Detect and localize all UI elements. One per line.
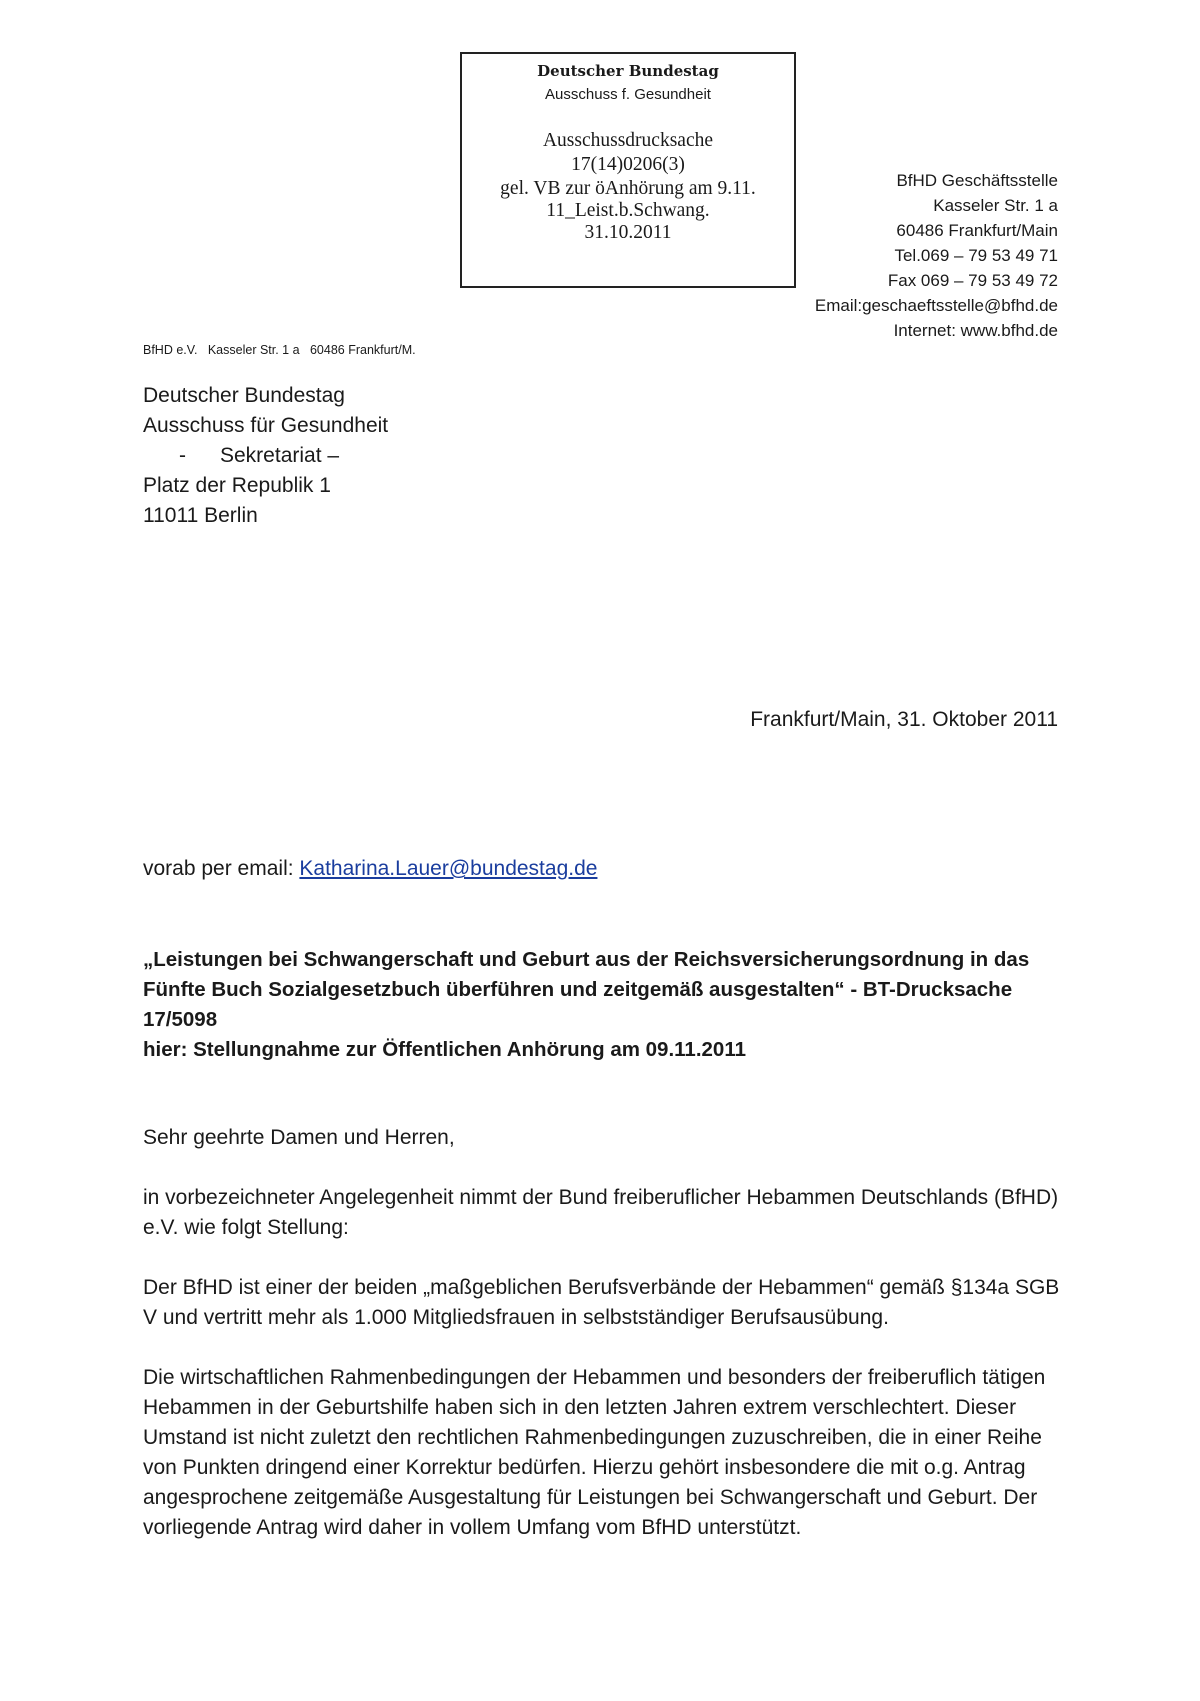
subject-line-4: hier: Stellungnahme zur Öffentlichen Anh… (143, 1035, 1063, 1065)
recipient-line-2: Ausschuss für Gesundheit (143, 411, 388, 441)
recipient-line-1: Deutscher Bundestag (143, 381, 388, 411)
stamp-department: Ausschuss f. Gesundheit (462, 86, 794, 103)
receipt-stamp: Deutscher Bundestag Ausschuss f. Gesundh… (460, 52, 796, 288)
paragraph-1: in vorbezeichneter Angelegenheit nimmt d… (143, 1183, 1073, 1243)
recipient-line-4: Platz der Republik 1 (143, 471, 388, 501)
sender-phone: Tel.069 – 79 53 49 71 (815, 243, 1058, 268)
sender-city: 60486 Frankfurt/Main (815, 218, 1058, 243)
recipient-line-3: -Sekretariat – (143, 441, 388, 471)
email-link[interactable]: Katharina.Lauer@bundestag.de (299, 857, 597, 880)
stamp-doc-type: Ausschussdrucksache (462, 129, 794, 153)
return-address: BfHD e.V. Kasseler Str. 1 a 60486 Frankf… (143, 343, 416, 357)
paragraph-2: Der BfHD ist einer der beiden „maßgeblic… (143, 1273, 1073, 1333)
recipient-line-5: 11011 Berlin (143, 501, 388, 531)
subject-line-2: Fünfte Buch Sozialgesetzbuch überführen … (143, 975, 1063, 1005)
sender-block: BfHD Geschäftsstelle Kasseler Str. 1 a 6… (815, 168, 1058, 343)
salutation: Sehr geehrte Damen und Herren, (143, 1123, 1073, 1153)
sender-street: Kasseler Str. 1 a (815, 193, 1058, 218)
sender-website: Internet: www.bfhd.de (815, 318, 1058, 343)
subject-line-3: 17/5098 (143, 1005, 1063, 1035)
stamp-organization: Deutscher Bundestag (462, 62, 794, 80)
sender-office: BfHD Geschäftsstelle (815, 168, 1058, 193)
paragraph-3: Die wirtschaftlichen Rahmenbedingungen d… (143, 1363, 1073, 1543)
recipient-secretariat: Sekretariat – (220, 444, 339, 467)
vorab-line: vorab per email: Katharina.Lauer@bundest… (143, 857, 597, 881)
vorab-label: vorab per email: (143, 857, 299, 880)
date-line: Frankfurt/Main, 31. Oktober 2011 (750, 708, 1058, 732)
subject-line-1: „Leistungen bei Schwangerschaft und Gebu… (143, 945, 1063, 975)
stamp-date: 31.10.2011 (462, 221, 794, 245)
stamp-description-2: 11_Leist.b.Schwang. (462, 201, 794, 221)
recipient-dash: - (179, 444, 186, 467)
stamp-description-1: gel. VB zur öAnhörung am 9.11. (462, 177, 794, 201)
stamp-doc-number: 17(14)0206(3) (462, 153, 794, 177)
recipient-address: Deutscher Bundestag Ausschuss für Gesund… (143, 381, 388, 531)
sender-email: Email:geschaeftsstelle@bfhd.de (815, 293, 1058, 318)
sender-fax: Fax 069 – 79 53 49 72 (815, 268, 1058, 293)
subject-block: „Leistungen bei Schwangerschaft und Gebu… (143, 945, 1063, 1065)
